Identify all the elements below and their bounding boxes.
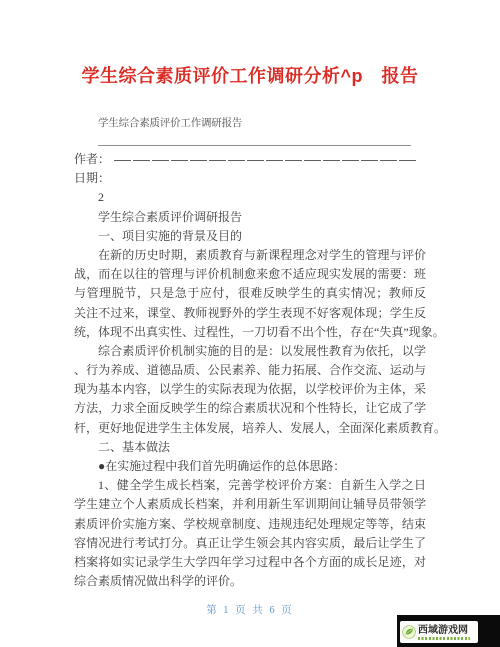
body-line: 关注不过来，课堂、教师视野外的学生表现不好客观体现；学生反映：评价结果笼 [74,304,426,323]
watermark-site-name: 西域游戏网 [418,625,470,636]
date-row: 日期： [74,169,426,188]
body-line: 学生建立个人素质成长档案，并利用新生军训期间让辅导员带领学生学习学生综合 [74,495,426,514]
watermark-subtext [418,637,470,640]
watermark-leaf-logo-icon [402,625,416,639]
body-lines: 2学生综合素质评价调研报告一、项目实施的背景及目的在新的历史时期，素质教育与新课… [74,188,426,591]
watermark-box: 西域游戏网 [400,621,478,643]
date-label: 日期： [74,169,110,188]
body-line: 一、项目实施的背景及目的 [74,227,426,246]
body-line: 二、基本做法 [74,438,426,457]
body-line: 杆，更好地促进学生主体发展，培养人、发展人，全面深化素质教育。 [74,419,426,438]
subtitle-rule [98,145,411,146]
watermark-text-column: 西域游戏网 [418,625,470,640]
document-body: 作者： 日期： 2学生综合素质评价调研报告一、项目实施的背景及目的在新的历史时期… [74,150,426,591]
author-row: 作者： [74,150,426,169]
body-line: 在新的历史时期，素质教育与新课程理念对学生的管理与评价提出了新的挑 [74,246,426,265]
body-line: 现为基本内容，以学生的实际表现为依据，以学校评价为主体，采取多元化的评价 [74,380,426,399]
report-subtitle: 学生综合素质评价工作调研报告 [98,115,242,130]
body-line: 方法，力求全面反映学生的综合素质状况和个性特长，让它成了学生管理的有力杠 [74,399,426,418]
body-line: 1、健全学生成长档案，完善学校评价方案：自新生入学之日始，学校为每位 [74,476,426,495]
body-line: 与管理脱节，只是急于应付，很难反映学生的真实情况；教师反映：评价学生多， [74,284,426,303]
body-line: 战，而在以往的管理与评价机制愈来愈不适应现实发展的需要：班主任反映：评价 [74,265,426,284]
body-line: 容情况进行考试打分。真正让学生领会其内容实质，最后让学生了解个人素质成长 [74,534,426,553]
document-page: 学生综合素质评价工作调研分析^p 报告 学生综合素质评价工作调研报告 作者： 日… [0,0,500,647]
body-line: 综合素质评价机制实施的目的是：以发展性教育为依托，以学生的学习习惯 [74,342,426,361]
body-line: 综合素质情况做出科学的评价。 [74,572,426,591]
body-line: 统，体现不出真实性、过程性，一刀切看不出个性，存在“失真”现象。 [74,323,426,342]
body-line: 素质评价实施方案、学校规章制度、违规违纪处理规定等等，结束后并对其学习内 [74,515,426,534]
body-line: 学生综合素质评价调研报告 [74,208,426,227]
watermark: 西域游戏网 [397,615,500,647]
author-blank-rule [114,160,417,162]
body-line: 2 [74,188,426,207]
body-line: 、行为养成、道德品质、公民素养、能力拓展、合作交流、运动与健康、审美与表 [74,361,426,380]
body-line: 档案将如实记录学生大学四年学习过程中各个方面的成长足迹，对学生大学阶段的 [74,553,426,572]
body-line: ●在实施过程中我们首先明确运作的总体思路： [74,457,426,476]
author-label: 作者： [74,150,110,169]
report-title: 学生综合素质评价工作调研分析^p 报告 [0,60,500,92]
